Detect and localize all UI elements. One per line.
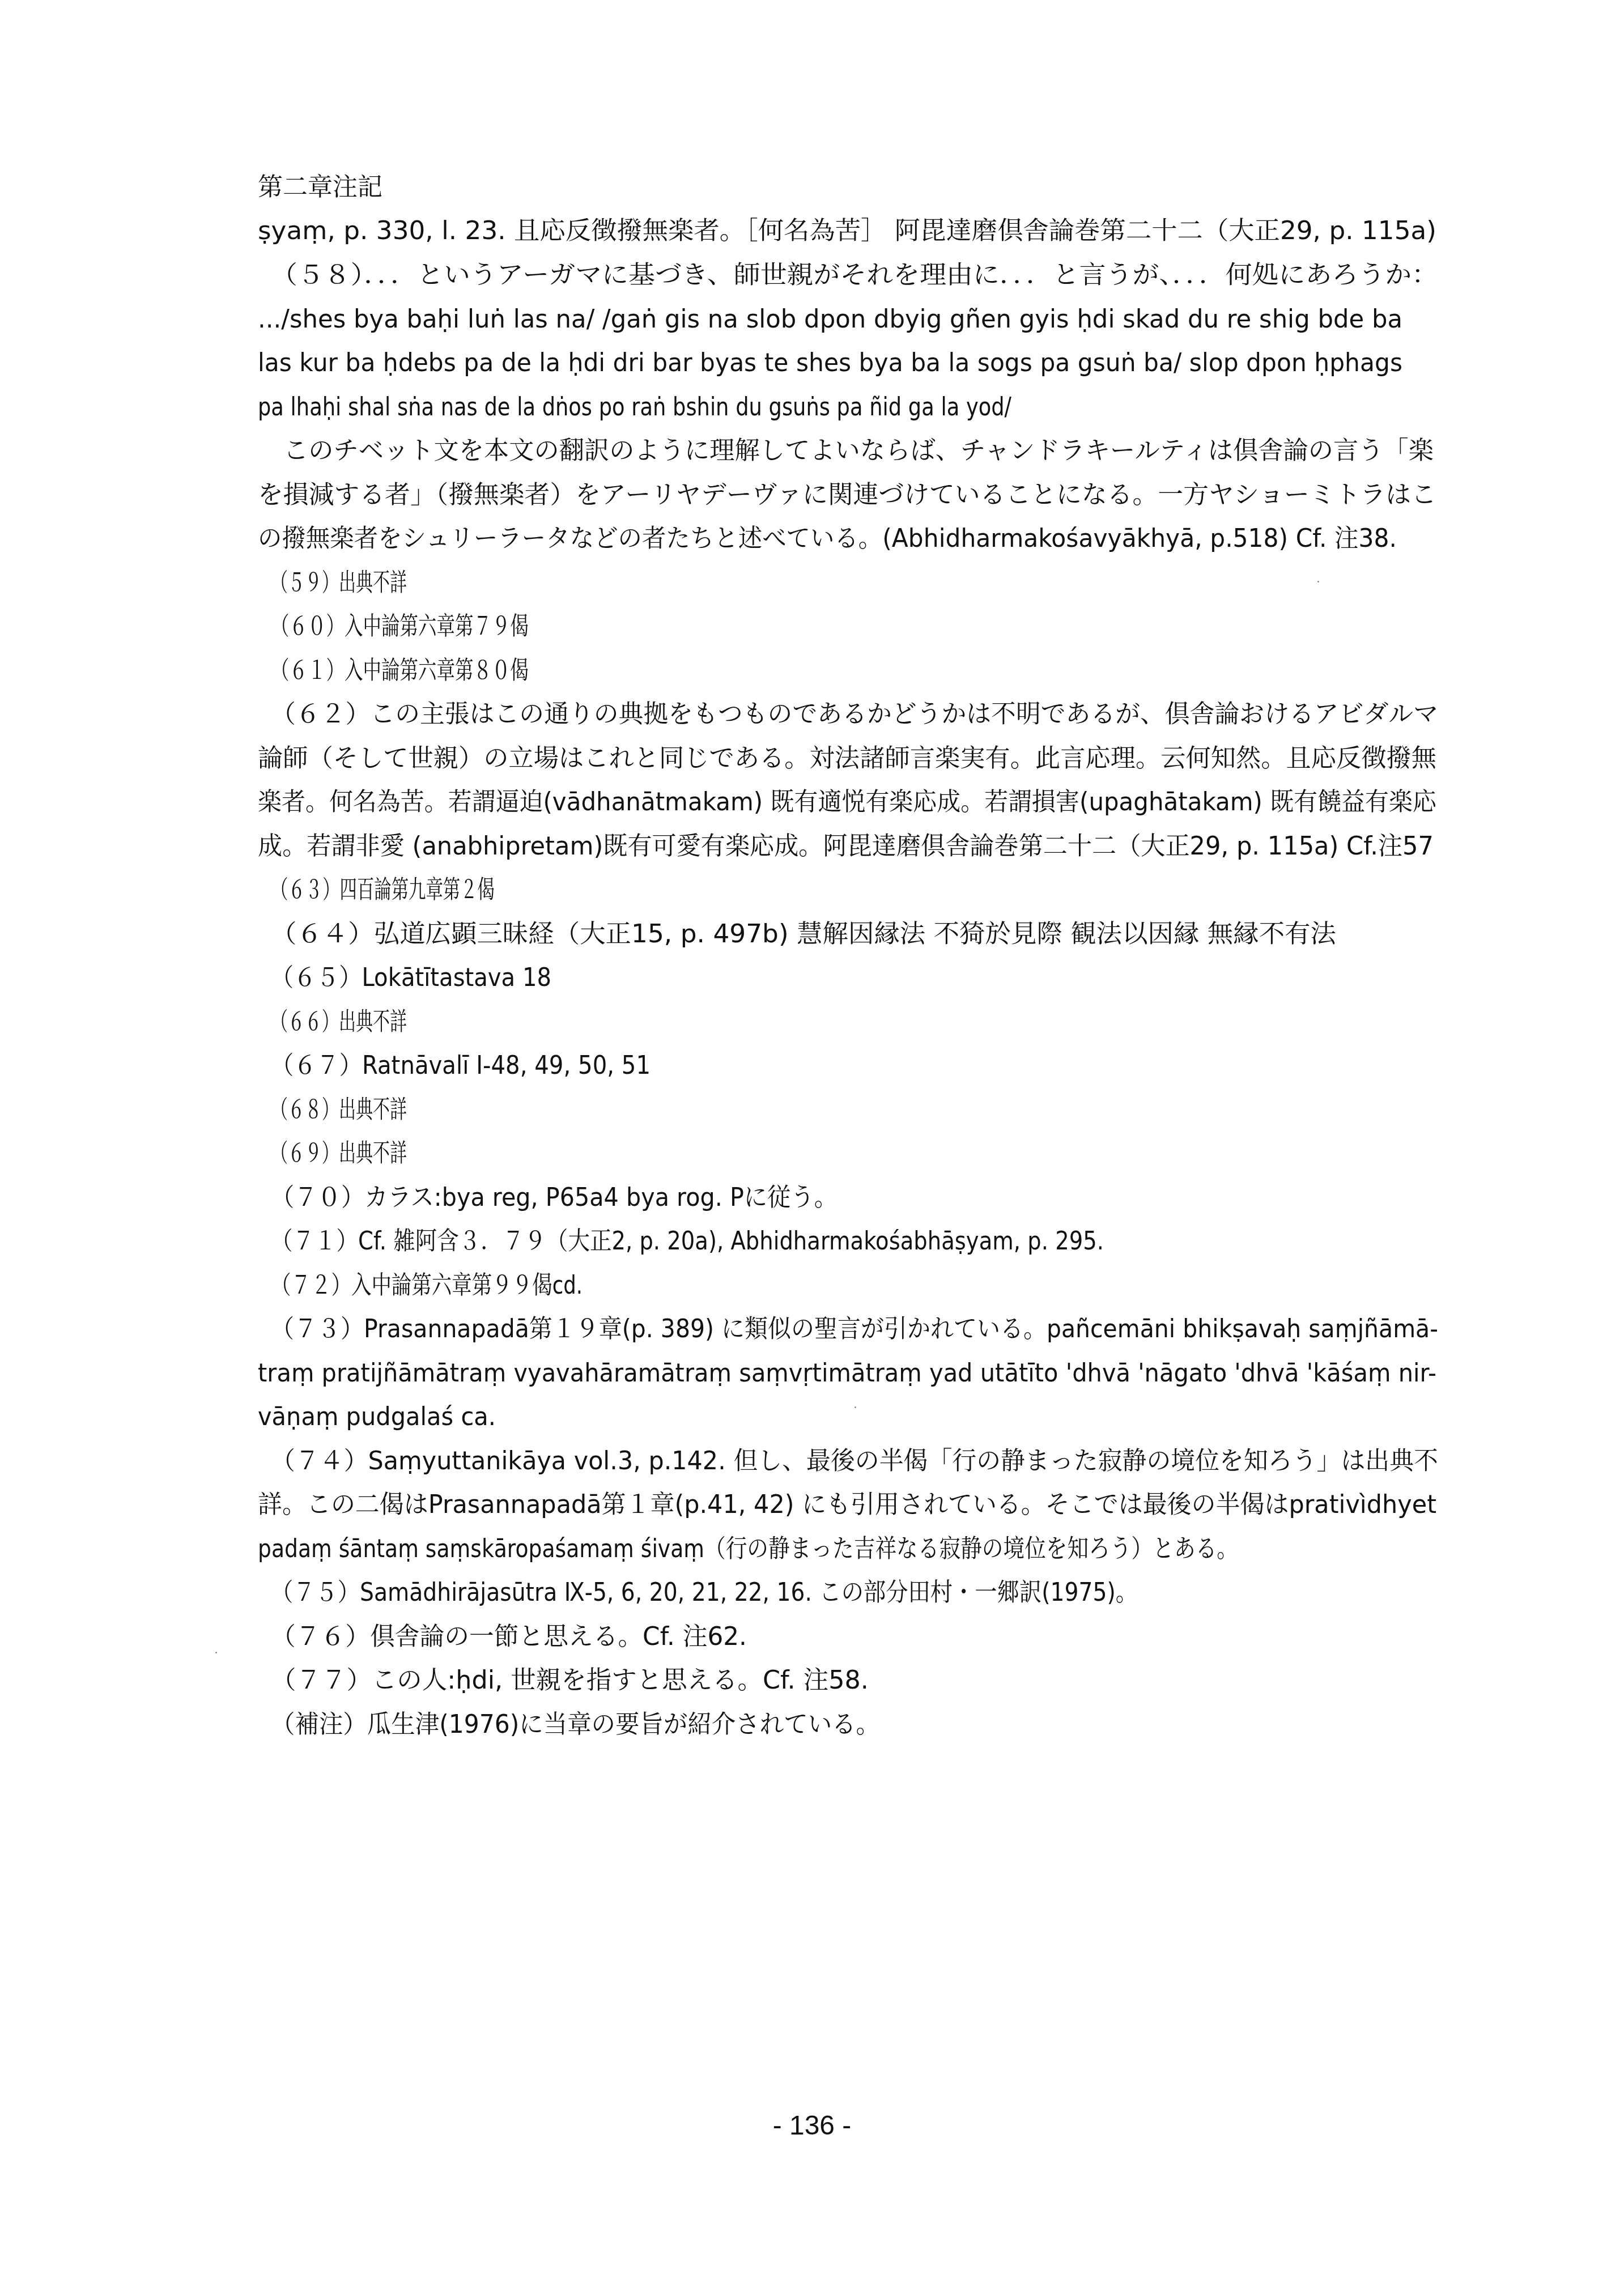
note-line-text: （６８）出典不詳 [271,1093,407,1127]
note-line-text: （７０）カラス:bya reg, P65a4 bya rog. Pに従う。 [271,1181,837,1215]
note-74-continuation: padaṃ śāntaṃ saṃskāropaśamaṃ śivaṃ（行の静まっ… [258,1532,1402,1566]
note-line-text: ṣyaṃ, p. 330, l. 23. 且応反徴撥無楽者。［何名為苦］ 阿毘達… [258,214,1436,248]
note-62-continuation: 論師（そして世親）の立場はこれと同じである。対法諸師言楽実有。此言応理。云何知然… [258,742,1430,776]
tibetan-quote-line: las kur ba ḥdebs pa de la ḥdi dri bar by… [258,346,1445,380]
note-line-text: las kur ba ḥdebs pa de la ḥdi dri bar by… [258,346,1402,380]
note-line-text: （７１）Cf. 雑阿含３．７９（大正2, p. 20a), Abhidharma… [271,1224,1104,1258]
note-line-text: このチベット文を本文の翻訳のように理解してよいならば、チャンドラキールティは倶舎… [283,434,1434,468]
note-line: ṣyaṃ, p. 330, l. 23. 且応反徴撥無楽者。［何名為苦］ 阿毘達… [258,214,1439,248]
note-62-continuation: 成。若謂非愛 (anabhipretam)既有可愛有楽応成。阿毘達磨倶舎論巻第二… [258,830,1457,864]
scan-speck [854,1406,856,1408]
note-line-text: （７７）この人:ḥdi, 世親を指すと思える。Cf. 注58. [271,1664,869,1698]
chapter-notes-title: 第二章注記 [258,171,382,205]
tibetan-quote-line: pa lhaḥi shal sṅa nas de la dṅos po raṅ … [258,390,1159,424]
note-61: （６１）入中論第六章第８０偈 [271,654,620,688]
note-76: （７６）倶舎論の一節と思える。Cf. 注62. [271,1620,750,1654]
note-line-text: （７５）Samādhirājasūtra Ⅸ-5, 6, 20, 21, 22,… [271,1576,1138,1610]
note-60: （６０）入中論第六章第７９偈 [271,610,620,644]
note-62: （６２）この主張はこの通りの典拠をもつものであるかどうかは不明であるが、倶舎論お… [271,698,1443,732]
note-line-text: を損減する者」（撥無楽者）をアーリヤデーヴァに関連づけていることになる。一方ヤシ… [258,478,1436,512]
note-line-text: 論師（そして世親）の立場はこれと同じである。対法諸師言楽実有。此言応理。云何知然… [258,742,1436,776]
commentary-paragraph-line: このチベット文を本文の翻訳のように理解してよいならば、チャンドラキールティは倶舎… [283,434,1427,468]
note-74-continuation: 詳。この二偈はPrasannapadā第１章(p.41, 42) にも引用されて… [258,1488,1465,1522]
note-64: （６４）弘道広顕三昧経（大正15, p. 497b) 慧解因縁法 不猗於見際 観… [271,917,1303,951]
note-67: （６７）Ratnāvalī Ⅰ-48, 49, 50, 51 [271,1049,686,1083]
note-line-text: traṃ pratijñāmātraṃ vyavahāramātraṃ saṃv… [258,1357,1436,1391]
note-line-text: padaṃ śāntaṃ saṃskāropaśamaṃ śivaṃ（行の静まっ… [258,1532,1238,1566]
note-line-text: （７３）Prasannapadā第１９章(p. 389) に類似の聖言が引かれて… [271,1312,1438,1346]
note-66: （６６）出典不詳 [271,1005,470,1039]
note-72: （７２）入中論第六章第９９偈cd. [271,1269,657,1303]
note-59: （５９）出典不詳 [271,566,470,600]
note-71: （７１）Cf. 雑阿含３．７９（大正2, p. 20a), Abhidharma… [271,1224,1222,1258]
note-70: （７０）カラス:bya reg, P65a4 bya rog. Pに従う。 [271,1181,874,1215]
note-line-text: pa lhaḥi shal sṅa nas de la dṅos po raṅ … [258,390,1011,424]
note-line-text: （５８）．．．というアーガマに基づき、師世親がそれを理由に．．．と言うが、．．．… [271,258,1438,292]
note-line-text: 楽者。何名為苦。若謂逼迫(vādhanātmakam) 既有適悦有楽応成。若謂損… [258,785,1436,819]
note-line-text: （６０）入中論第六章第７９偈 [271,610,529,644]
note-62-continuation: 楽者。何名為苦。若謂逼迫(vādhanātmakam) 既有適悦有楽応成。若謂損… [258,785,1494,819]
note-line-text: （６４）弘道広顕三昧経（大正15, p. 497b) 慧解因縁法 不猗於見際 観… [271,917,1336,951]
note-line-text: （６９）出典不詳 [271,1137,407,1171]
note-line-text: （６５）Lokātītastava 18 [271,961,551,995]
note-line-text: （６３）四百論第九章第２偈 [271,873,495,907]
note-line-text: .../shes bya baḥi luṅ las na/ /gaṅ gis n… [258,303,1402,337]
note-line-text: （６６）出典不詳 [271,1005,407,1039]
note-68: （６８）出典不詳 [271,1093,470,1127]
note-line-text: （６１）入中論第六章第８０偈 [271,654,529,688]
note-73: （７３）Prasannapadā第１９章(p. 389) に類似の聖言が引かれて… [271,1312,1524,1346]
commentary-paragraph-line: の撥無楽者をシュリーラータなどの者たちと述べている。(Abhidharmakoś… [258,522,1439,556]
note-line-text: （補注）瓜生津(1976)に当章の要旨が紹介されている。 [271,1708,880,1742]
note-73-continuation: traṃ pratijñāmātraṃ vyavahāramātraṃ saṃv… [258,1357,1505,1391]
note-line-text: （６２）この主張はこの通りの典拠をもつものであるかどうかは不明であるが、倶舎論お… [271,698,1438,732]
note-line-text: （７６）倶舎論の一節と思える。Cf. 注62. [271,1620,747,1654]
note-58: （５８）．．．というアーガマに基づき、師世親がそれを理由に．．．と言うが、．．．… [271,258,1366,292]
note-line-text: （７４）Saṃyuttanikāya vol.3, p.142. 但し、最後の半… [271,1444,1438,1478]
note-line-text: vāṇaṃ pudgalaś ca. [258,1400,496,1434]
document-page: 第二章注記 ṣyaṃ, p. 330, l. 23. 且応反徴撥無楽者。［何名為… [0,0,1624,2296]
chapter-notes-title-text: 第二章注記 [258,171,382,205]
note-63: （６３）四百論第九章第２偈 [271,873,595,907]
note-line-text: 成。若謂非愛 (anabhipretam)既有可愛有楽応成。阿毘達磨倶舎論巻第二… [258,830,1434,864]
note-line-text: の撥無楽者をシュリーラータなどの者たちと述べている。(Abhidharmakoś… [258,522,1397,556]
note-line-text: （６７）Ratnāvalī Ⅰ-48, 49, 50, 51 [271,1049,651,1083]
note-77: （７７）この人:ḥdi, 世親を指すと思える。Cf. 注58. [271,1664,862,1698]
tibetan-quote-line: .../shes bya baḥi luṅ las na/ /gaṅ gis n… [258,303,1420,337]
commentary-paragraph-line: を損減する者」（撥無楽者）をアーリヤデーヴァに関連づけていることになる。一方ヤシ… [258,478,1415,512]
scan-speck [1317,581,1319,582]
note-line-text: （７２）入中論第六章第９９偈cd. [271,1269,583,1303]
note-65: （６５）Lokātītastava 18 [271,961,579,995]
note-line-text: （５９）出典不詳 [271,566,407,600]
note-line-text: 詳。この二偈はPrasannapadā第１章(p.41, 42) にも引用されて… [258,1488,1436,1522]
scan-speck [215,1652,217,1653]
note-75: （７５）Samādhirājasūtra Ⅸ-5, 6, 20, 21, 22,… [271,1576,1242,1610]
supplementary-note: （補注）瓜生津(1976)に当章の要旨が紹介されている。 [271,1708,902,1742]
note-73-continuation: vāṇaṃ pudgalaś ca. [258,1400,510,1434]
page-number: - 136 - [0,2109,1624,2143]
note-69: （６９）出典不詳 [271,1137,470,1171]
note-74: （７４）Saṃyuttanikāya vol.3, p.142. 但し、最後の半… [271,1444,1469,1478]
